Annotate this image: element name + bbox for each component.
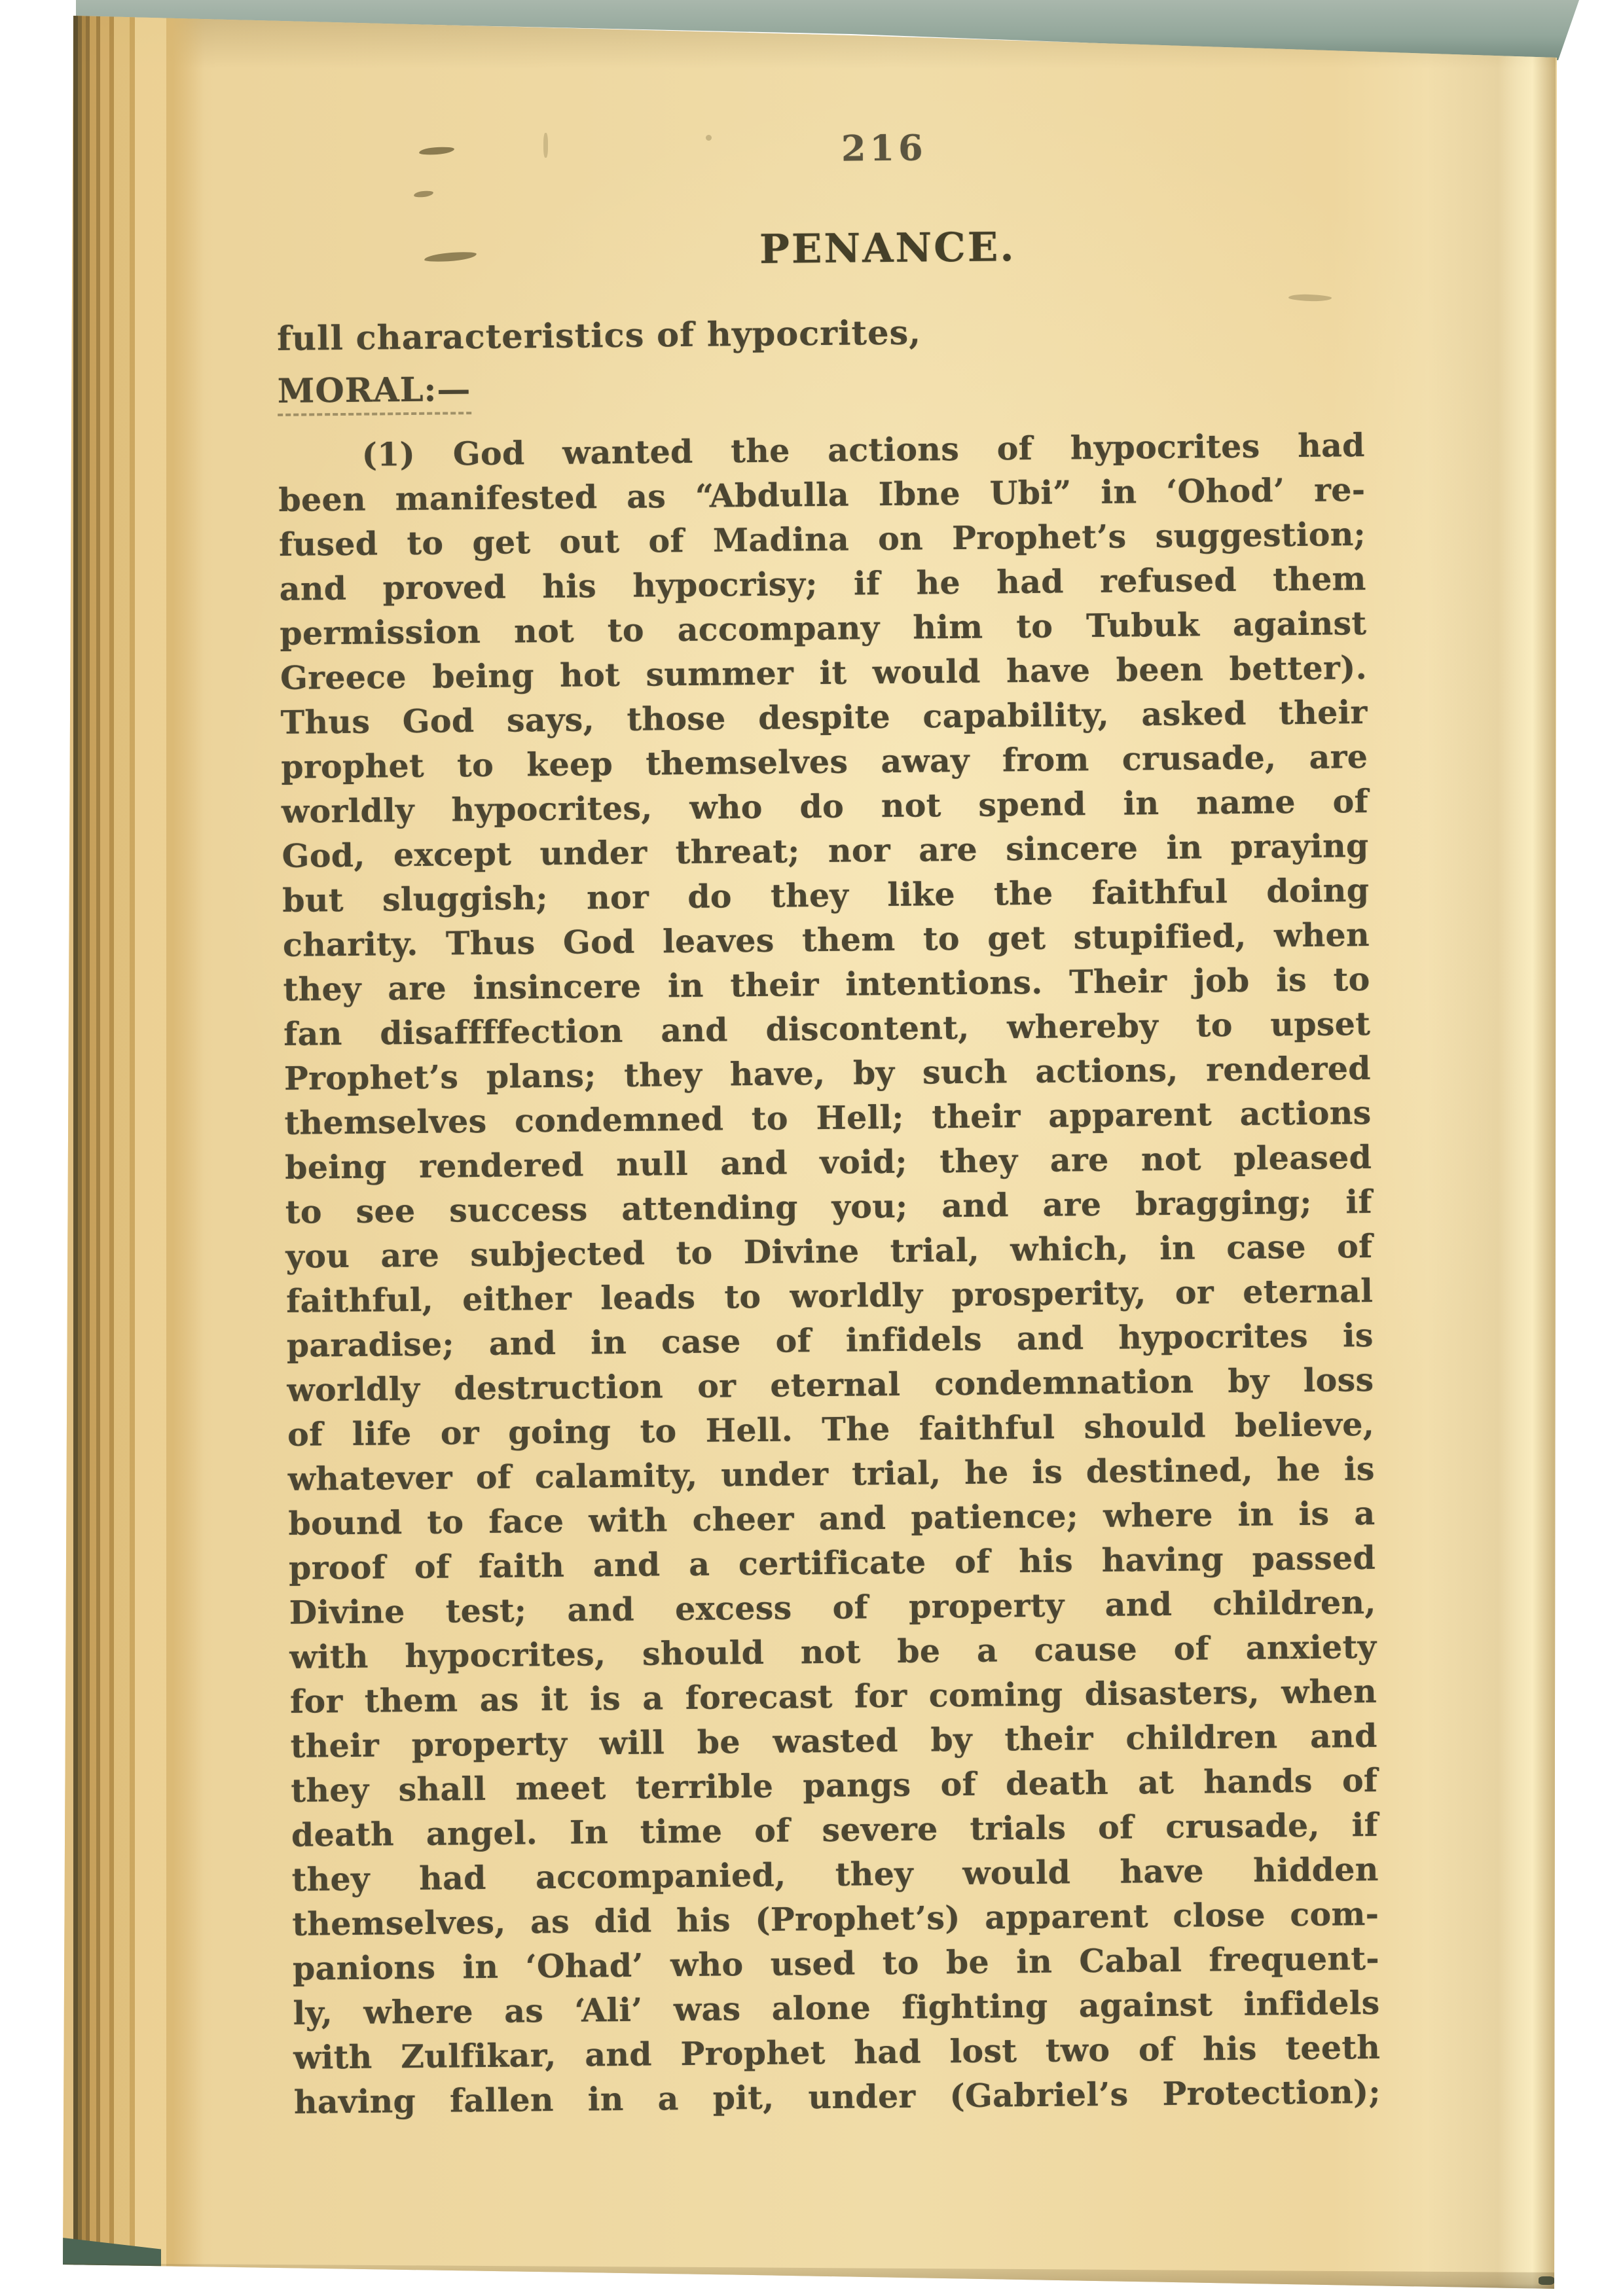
page-number: 216 [340, 122, 1428, 174]
page-content: 216 PENANCE. full characteristics of hyp… [275, 122, 1381, 2125]
body-line: having fallen in a pit, under (Gabriel’s… [294, 2070, 1381, 2125]
page-title: PENANCE. [344, 220, 1431, 277]
page-right-curl-shade [1427, 39, 1556, 2296]
scan-background: { "page": { "number": "216", "title": "P… [0, 0, 1623, 2296]
book-page: 216 PENANCE. full characteristics of hyp… [0, 0, 1623, 2296]
body-text: (1) God wanted the actions of hypocrites… [278, 423, 1381, 2125]
corner-speck [1539, 2276, 1554, 2285]
moral-heading: MORAL:— [278, 361, 1364, 411]
intro-line: full characteristics of hypocrites, [277, 309, 1364, 359]
stacked-page-edges [73, 0, 204, 2296]
moral-label: MORAL:— [278, 370, 471, 416]
page-bottom-shadow [63, 2245, 1556, 2291]
